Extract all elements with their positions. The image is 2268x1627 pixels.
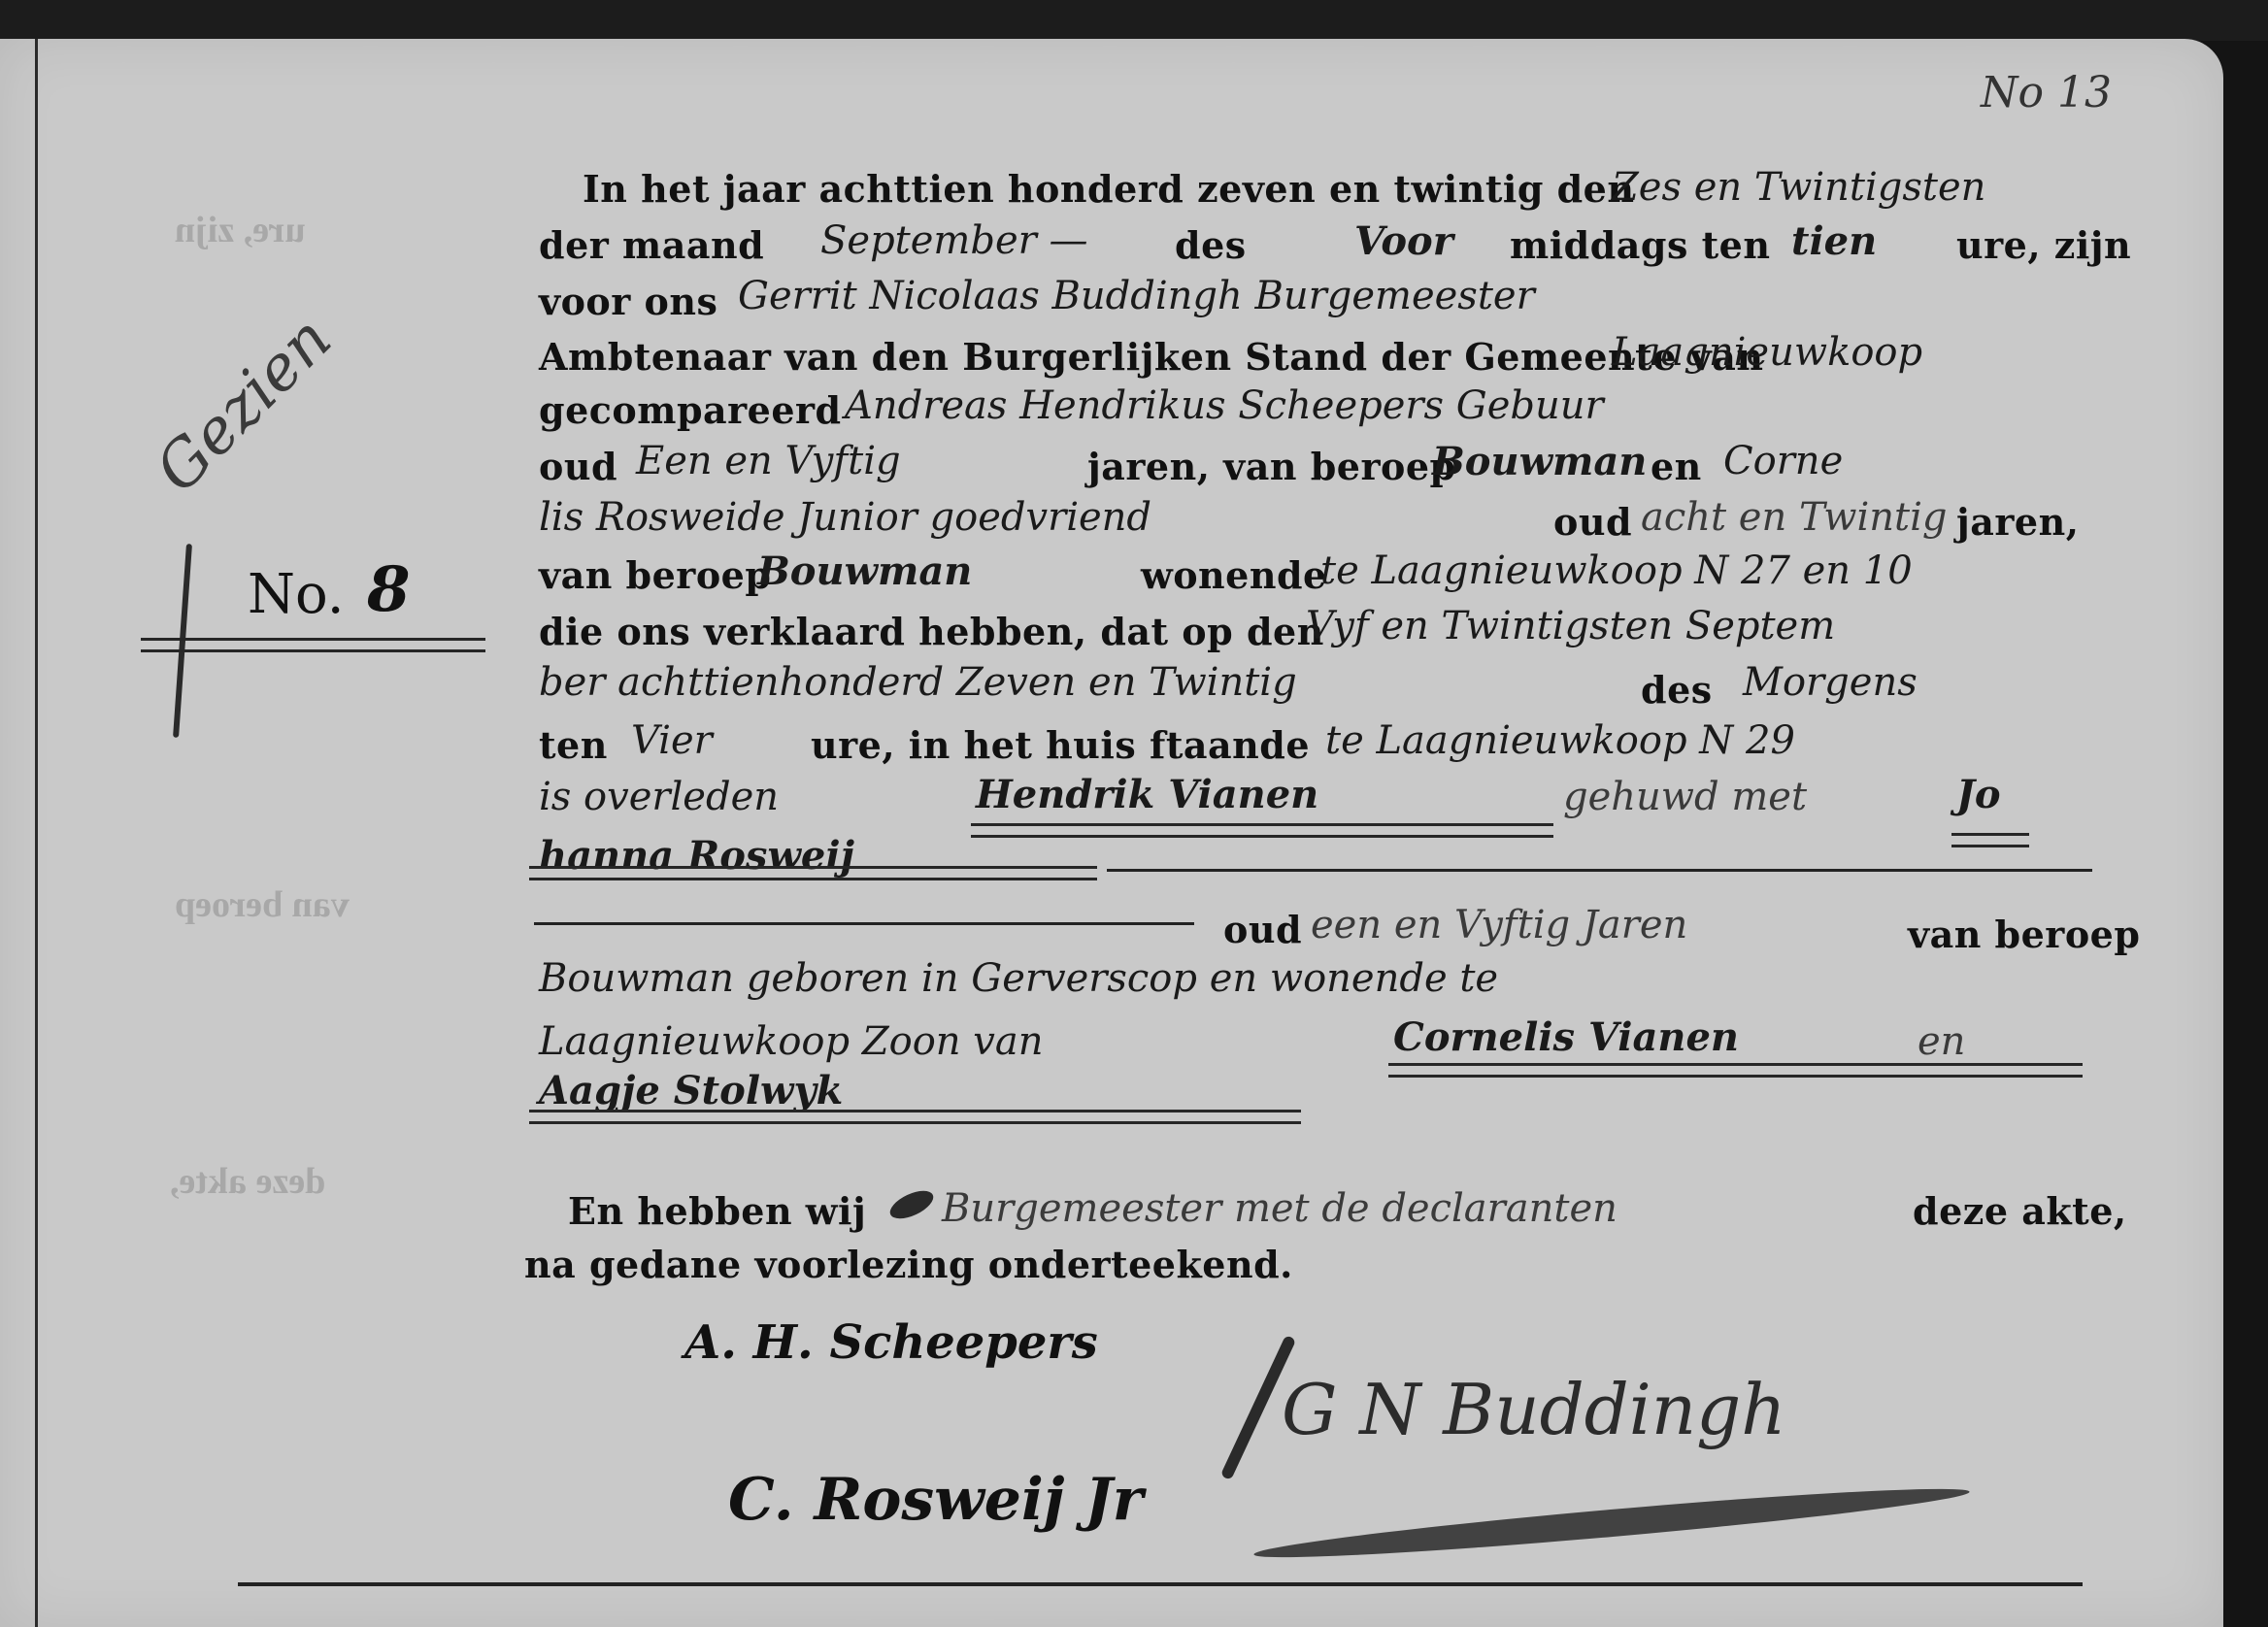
printed-text: voor ons [539,280,717,323]
handwritten-text: Laagnieuwkoop Zoon van [539,1019,1043,1064]
father-name: Cornelis Vianen [1393,1014,1739,1060]
printed-text: en [1651,445,1702,488]
printed-text: jaren, [1956,500,2079,544]
handwritten-address: te Laagnieuwkoop N 29 [1325,718,1795,763]
printed-text: die ons verklaard hebben, dat op den [539,610,1324,653]
name-underline [529,1110,1301,1124]
name-underline [529,866,1097,880]
bleed-through-text: deze akte, [170,1160,325,1203]
bleed-through-text: van beroep [175,883,350,926]
handwritten-date: Vyf en Twintigsten Septem [1306,604,1835,648]
blank-rule [534,922,1194,925]
printed-text: ten [539,723,608,767]
handwritten-municipality: Laagnieuwkoop [1612,330,1922,375]
mother-name: Aagje Stolwyk [539,1068,843,1113]
printed-text: Ambtenaar van den Burgerlijken Stand der… [539,335,1763,379]
handwritten-age: acht en Twintig [1641,495,1947,540]
printed-text: En hebben wij [568,1189,866,1233]
printed-text: ure, in het huis ftaande [811,723,1310,767]
handwritten-signatories: Burgemeester met de declaranten [942,1186,1618,1231]
printed-text: des [1175,223,1247,267]
handwritten-text: en [1918,1019,1965,1064]
printed-text: jaren, van beroep [1087,445,1456,488]
printed-text: wonende [1141,553,1327,597]
handwritten-occupation: Bouwman [757,548,972,594]
printed-text: deze akte, [1913,1189,2127,1233]
printed-text: na gedane voorlezing onderteekend. [524,1243,1293,1286]
handwritten-month: September — [820,218,1087,263]
act-number-underline [141,638,485,652]
folio-number: No 13 [1981,68,2112,117]
handwritten-daypart: Morgens [1743,660,1918,705]
handwritten-day: Zes en Twintigsten [1612,165,1985,210]
handwritten-age: Een en Vyftig [636,439,901,483]
signature-declarant-1: A. H. Scheepers [684,1315,1098,1370]
signature-declarant-2: C. Rosweij Jr [728,1466,1143,1534]
handwritten-age: een en Vyftig Jaren [1311,903,1687,947]
printed-text: gecompareerd [539,388,842,432]
printed-text: des [1641,668,1713,712]
handwritten-birthplace: Bouwman geboren in Gerverscop en wonende… [539,956,1498,1001]
printed-text: In het jaar achttien honderd zeven en tw… [583,167,1635,211]
handwritten-declarant-1: Andreas Hendrikus Scheepers Gebuur [845,383,1604,428]
blank-rule [1107,869,2092,872]
handwritten-official: Gerrit Nicolaas Buddingh Burgemeester [738,274,1535,318]
printed-text: der maand [539,223,764,267]
handwritten-date: ber achttienhonderd Zeven en Twintig [539,660,1297,705]
handwritten-text: Jo [1956,772,2001,817]
bleed-through-text: ure, zijn [175,209,305,251]
printed-text: van beroep [539,553,771,597]
margin-rule [35,39,38,1627]
deceased-name: Hendrik Vianen [976,772,1318,817]
printed-text: oud [539,445,617,488]
bottom-rule [238,1582,2083,1586]
printed-text: oud [1553,500,1632,544]
act-number-label: No. [248,563,345,626]
printed-text: oud [1223,908,1302,951]
printed-text: van beroep [1908,913,2140,956]
handwritten-hour: tien [1791,218,1877,264]
printed-text: middags ten [1510,223,1770,267]
printed-text: ure, zijn [1956,223,2131,267]
handwritten-occupation: Bouwman [1432,439,1647,484]
handwritten-daypart: Voor [1354,218,1453,264]
handwritten-text: is overleden [539,775,779,819]
handwritten-text: Corne [1723,439,1843,483]
scan-top-border [0,0,2268,41]
name-underline [1388,1063,2083,1078]
act-number: 8 [367,553,411,626]
handwritten-address: te Laagnieuwkoop N 27 en 10 [1320,548,1913,593]
signature-official: G N Buddingh [1282,1369,1786,1450]
handwritten-text: gehuwd met [1563,775,1807,819]
name-underline [971,823,1553,838]
handwritten-declarant-2: lis Rosweide Junior goedvriend [539,495,1151,540]
handwritten-hour: Vier [631,718,713,763]
name-underline [1951,833,2029,847]
